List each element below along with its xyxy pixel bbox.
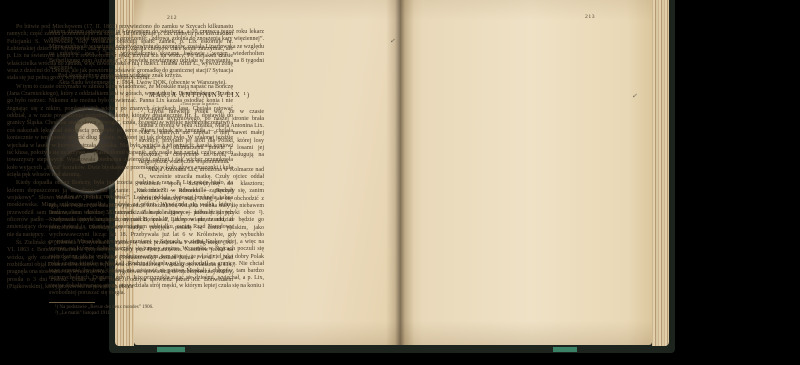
right-page-text-block: Po bitwie pod Miechowem (17. II. 1863) p… — [7, 24, 233, 291]
scan-background: 212 213 takiem dictum odstawiono ją i po… — [0, 0, 800, 365]
footnotes: ¹) Na podstawie „Revue des deux mondes” … — [49, 302, 264, 317]
right-page — [400, 0, 652, 345]
paragraph-warning-ride: W tym to czasie otrzymano w zamku tajną … — [7, 84, 233, 179]
page-number-left: 212 — [167, 15, 177, 21]
footnote-2: ²) „Le matin” listopad 1911. — [55, 311, 264, 317]
paragraph-camp: Kiedy dopadła obozu Bończy, była już trz… — [7, 180, 233, 239]
page-edges-right — [652, 0, 669, 346]
paragraph-battle: Po bitwie pod Miechowem (17. II. 1863) p… — [7, 24, 233, 83]
footnote-rule — [49, 302, 95, 303]
page-number-right: 213 — [585, 14, 595, 20]
paragraph-zielinski: Śt. Zieliński w „Bitwach i Potyczkach” i… — [7, 240, 233, 291]
pencil-checkmark-icon: ✓ — [389, 37, 396, 46]
pencil-checkmark-icon: ✓ — [631, 92, 638, 101]
green-binding-mark — [553, 347, 577, 352]
green-binding-mark — [157, 347, 185, 352]
